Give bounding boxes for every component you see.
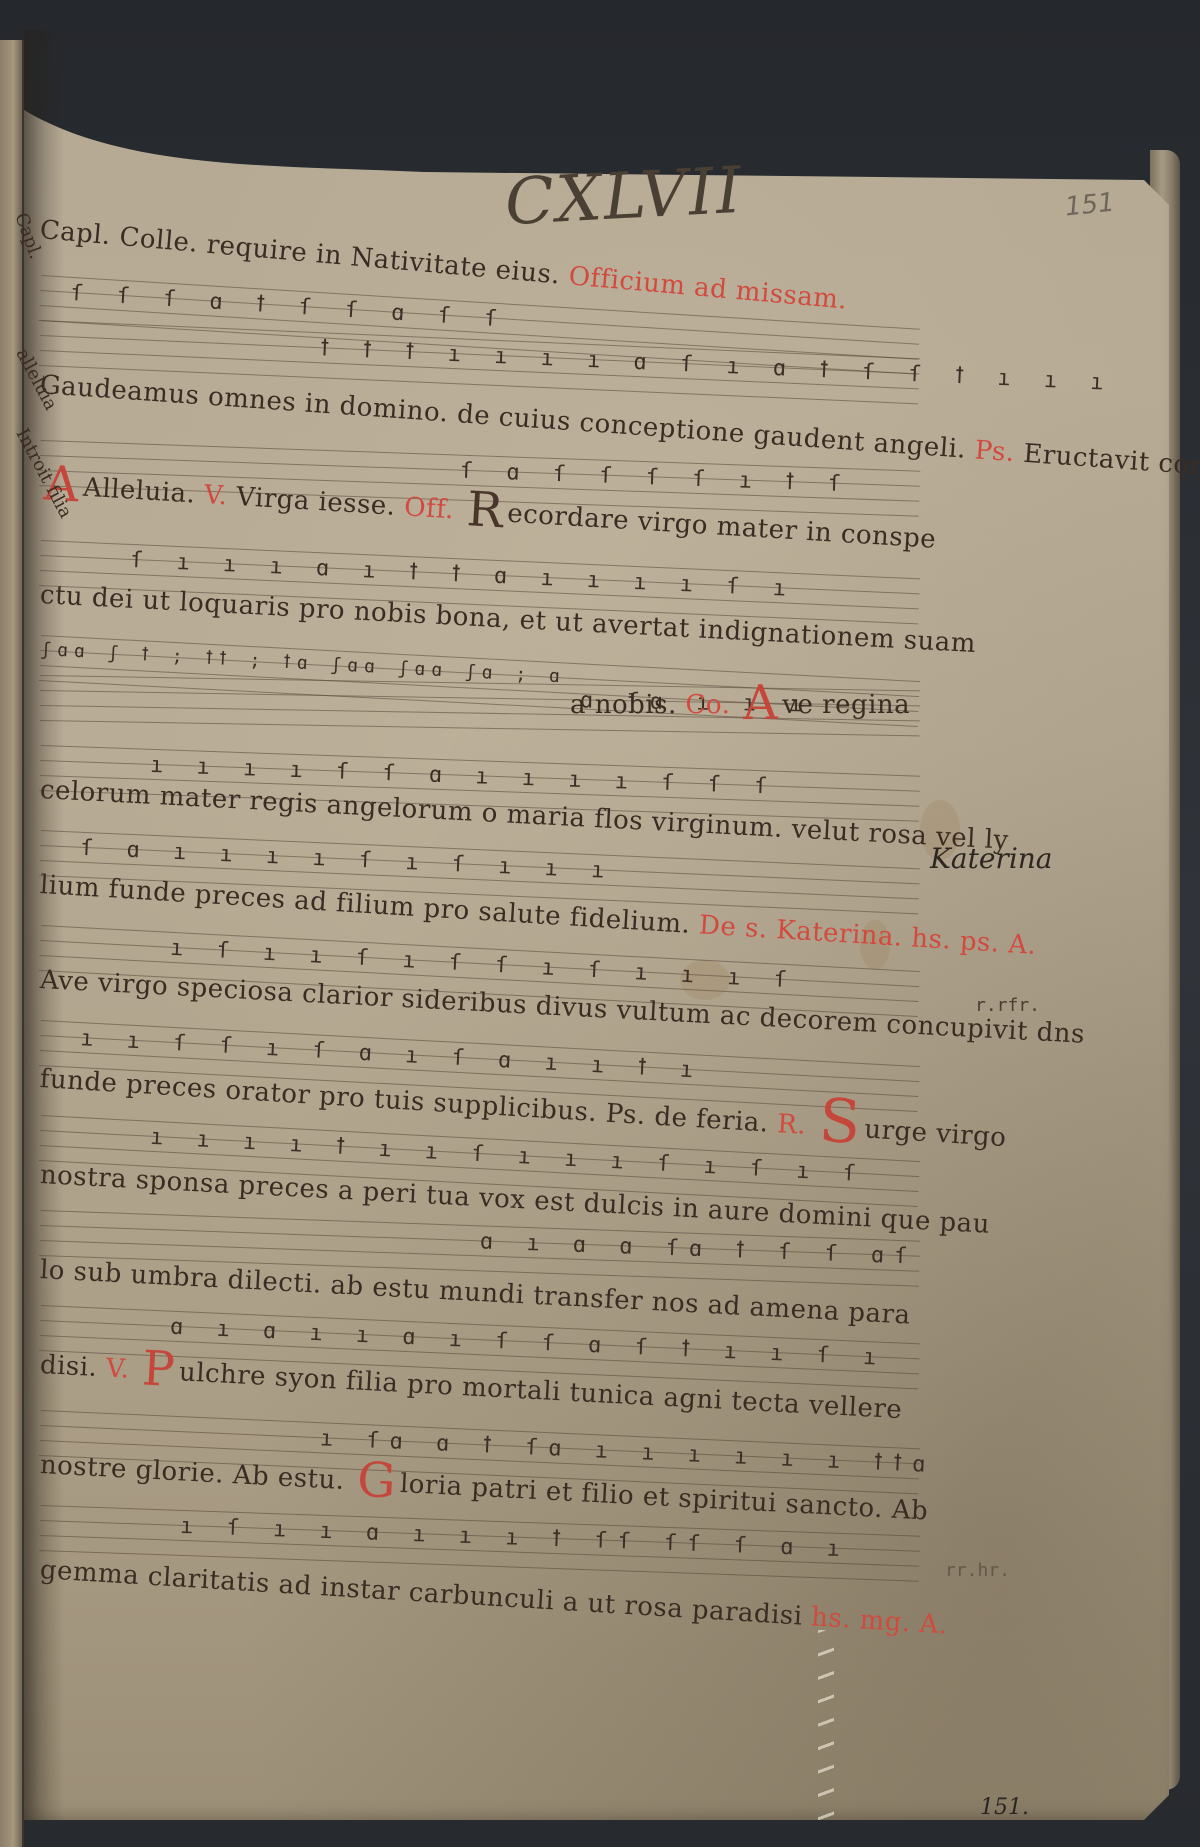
parchment-repair-stitch <box>818 1630 834 1820</box>
margin-neumes: r.rfr. <box>975 995 1040 1016</box>
folio-pencil-number: 151 <box>1064 187 1117 222</box>
chant-text: disi. <box>39 1350 98 1383</box>
chant-text: a nobis. <box>570 690 677 720</box>
rubric: V. <box>105 1353 130 1384</box>
initial-letter: P <box>142 1355 176 1383</box>
initial-letter: S <box>818 1108 861 1136</box>
text-line-5: a nobis. Co. Ave regina <box>570 690 970 720</box>
rubric: R. <box>776 1109 807 1141</box>
rubric: V. <box>203 480 228 511</box>
initial-letter: R <box>466 496 504 524</box>
rubric: Co. <box>686 690 731 720</box>
folio-stamp-number: 151. <box>980 1795 1029 1820</box>
rubric: Off. <box>403 492 455 525</box>
folio-roman-numeral: CXLVII <box>503 154 745 240</box>
initial-letter: G <box>357 1467 397 1495</box>
margin-saint-name: Katerina <box>930 842 1053 875</box>
facing-page-edge <box>0 40 24 1847</box>
margin-neumes: rr.hr. <box>945 1560 1010 1581</box>
rubric: Ps. <box>974 435 1016 468</box>
initial-letter: A <box>743 690 778 716</box>
chant-text: ve regina <box>782 690 910 720</box>
